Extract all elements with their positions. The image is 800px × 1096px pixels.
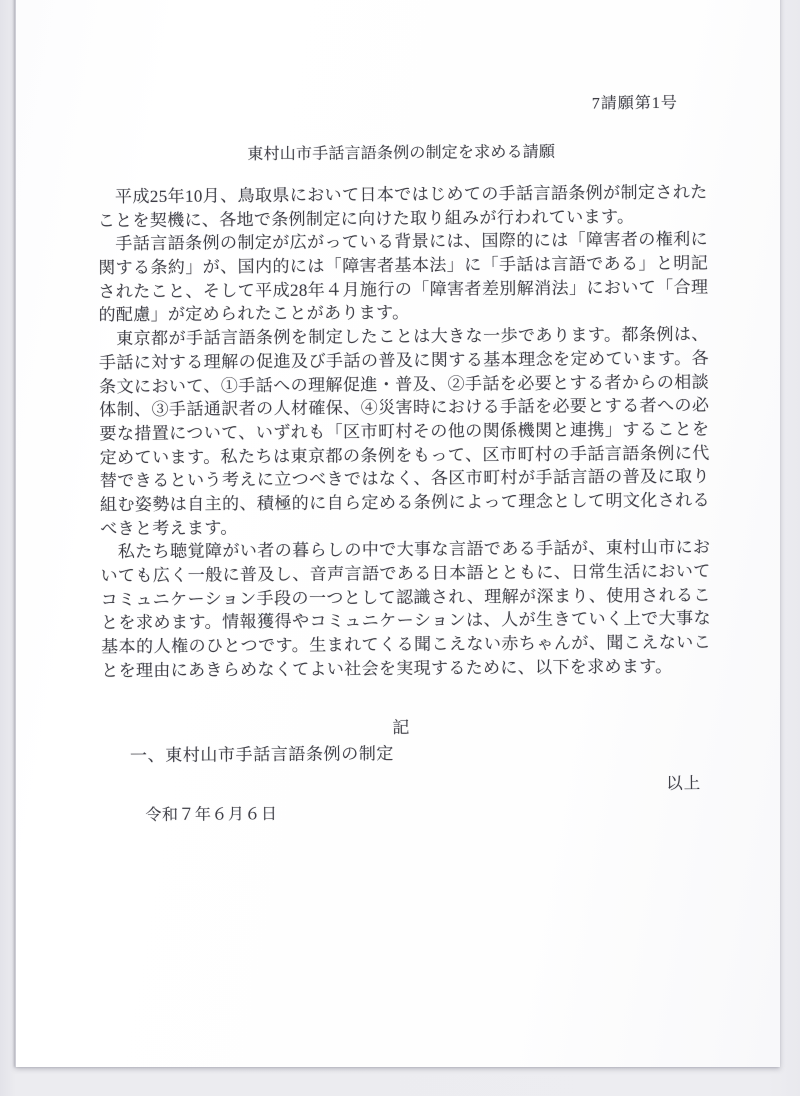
document-paper: 7請願第1号 東村山市手話言語条例の制定を求める請願 平成25年10月、鳥取県に…: [15, 0, 780, 1067]
page-title: 東村山市手話言語条例の制定を求める請願: [1, 137, 800, 166]
body-line: 組む姿勢は自主的、積極的に自ら定める条例によって理念として明文化される: [100, 489, 710, 517]
document-date: 令和７年６月６日: [145, 801, 277, 825]
body-line: とを理由にあきらめなくてよい社会を実現するために、以下を求めます。: [101, 654, 711, 682]
petition-item: 一、東村山市手話言語条例の制定: [130, 739, 394, 766]
closing-label: 以上: [666, 770, 701, 794]
record-heading: 記: [6, 710, 796, 741]
body-paragraphs: 平成25年10月、鳥取県において日本ではじめての手話言語条例が制定されたことを契…: [98, 181, 712, 683]
photo-background: { "page": { "doc_number": "7請願第1号", "tit…: [0, 0, 800, 1096]
document-number: 7請願第1号: [592, 90, 678, 114]
document-content: 7請願第1号 東村山市手話言語条例の制定を求める請願 平成25年10月、鳥取県に…: [0, 0, 800, 1096]
